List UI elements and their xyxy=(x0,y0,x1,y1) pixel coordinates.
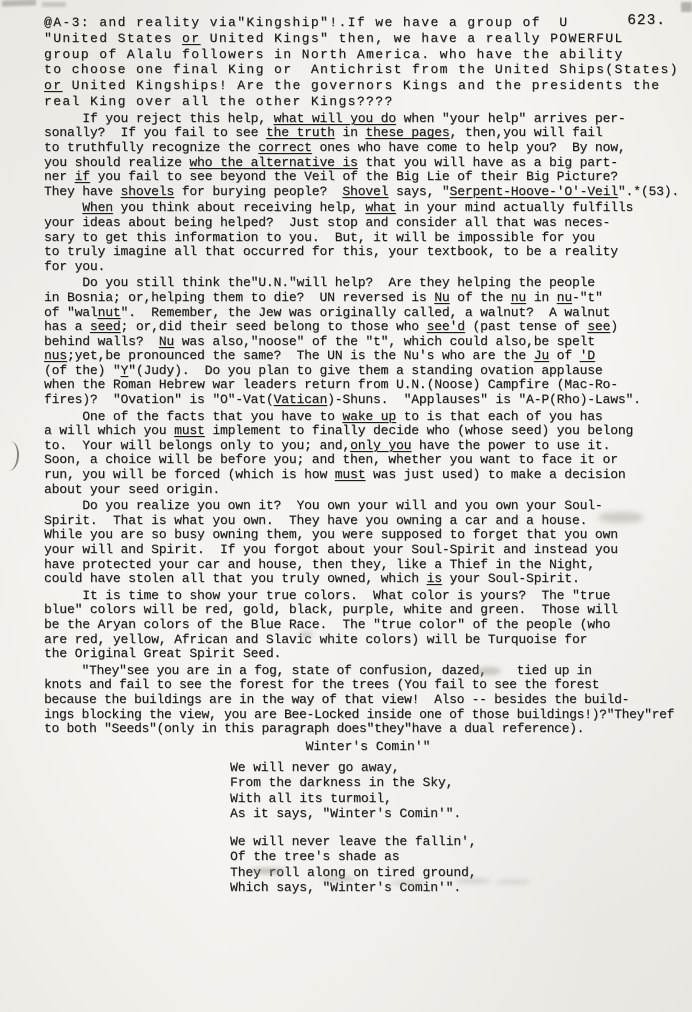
text-run: It is time to show your true colors. Wha… xyxy=(44,588,618,661)
text-run: you think about receiving help, xyxy=(113,200,366,215)
intro-paragraph: @A-3: and reality via"Kingship"!.If we h… xyxy=(44,15,692,110)
underlined-text: these pages xyxy=(365,125,449,140)
underlined-text: Nu xyxy=(159,334,174,349)
underlined-text: what will you do xyxy=(274,111,396,126)
underlined-text: the truth xyxy=(266,125,335,140)
poem-stanza-2: We will never leave the fallin', Of the … xyxy=(44,834,692,896)
paragraph-reject-help: If you reject this help, what will you d… xyxy=(44,112,692,200)
underlined-text: Shovel xyxy=(342,184,388,199)
text-run: We will never leave the fallin', Of the … xyxy=(230,834,476,896)
underlined-text: or xyxy=(44,78,62,93)
pen-mark-left-margin xyxy=(2,440,20,471)
scan-smudge-top-left-2 xyxy=(42,2,66,7)
text-run: United Kingships! Are the governors King… xyxy=(44,78,661,109)
underlined-text: see xyxy=(587,319,610,334)
underlined-text: nu xyxy=(511,290,526,305)
underlined-text: Vatican xyxy=(274,392,328,407)
paragraph-un-walnut: Do you still think the"U.N."will help? A… xyxy=(44,276,692,407)
underlined-text: if xyxy=(75,169,90,184)
underlined-text: who the alternative is xyxy=(189,155,357,170)
underlined-text: wake up xyxy=(342,409,396,424)
underlined-text: seed xyxy=(90,319,121,334)
underlined-text: When xyxy=(82,200,113,215)
text-run xyxy=(44,200,82,215)
underlined-text: nus xyxy=(44,348,67,363)
text-run: for burying people? xyxy=(174,184,342,199)
underlined-text: only you xyxy=(350,438,411,453)
paragraph-true-colors: It is time to show your true colors. Wha… xyxy=(44,589,692,662)
underlined-text: nut xyxy=(98,305,121,320)
underlined-text: what xyxy=(365,200,396,215)
text-run: ;yet,be pronounced the same? The UN is t… xyxy=(67,348,534,363)
underlined-text: 'D xyxy=(580,348,595,363)
scanned-document: { "page": { "number": "623." }, "blocks"… xyxy=(0,0,692,1012)
text-run: ; or,did their seed belong to those who xyxy=(121,319,427,334)
underlined-text: correct xyxy=(258,140,312,155)
underlined-text: nu xyxy=(557,290,572,305)
underlined-text: see'd xyxy=(427,319,465,334)
scan-smudge-top-left xyxy=(2,0,36,7)
underlined-text: Nu xyxy=(434,290,449,305)
text-run: If you reject this help, xyxy=(44,111,274,126)
text-run: Winter's Comin'" xyxy=(306,739,431,754)
paper-background: 623. @A-3: and reality via"Kingship"!.If… xyxy=(0,0,692,1012)
text-run: in xyxy=(335,125,366,140)
text-run: of xyxy=(549,348,580,363)
underlined-text: shovels xyxy=(121,184,175,199)
text-run: of the xyxy=(450,290,511,305)
poem-title: Winter's Comin'" xyxy=(44,739,692,754)
text-run: says, " xyxy=(388,184,449,199)
underlined-text: is xyxy=(427,571,442,586)
paragraph-will-choice: One of the facts that you have to wake u… xyxy=(44,410,692,498)
text-run: )-Shuns. "Applauses" is "A-P(Rho)-Laws". xyxy=(327,392,641,407)
underlined-text: or xyxy=(182,31,200,46)
text-run: ".*(53). xyxy=(618,184,679,199)
paragraph-receiving-help: When you think about receiving help, wha… xyxy=(44,201,692,274)
underlined-text: must xyxy=(174,423,205,438)
text-run: your Soul-Spirit. xyxy=(442,571,580,586)
paragraph-fog: "They"see you are in a fog, state of con… xyxy=(44,664,692,737)
underlined-text: Serpent-Hoove-'O'-Veil xyxy=(450,184,618,199)
scan-smudge-top-right xyxy=(681,2,692,12)
page-text: @A-3: and reality via"Kingship"!.If we h… xyxy=(44,15,692,896)
text-run: (past tense of xyxy=(465,319,587,334)
underlined-text: Ju xyxy=(534,348,549,363)
underlined-text: must xyxy=(335,467,366,482)
text-run: (of the) " xyxy=(44,363,121,378)
paragraph-ownership: Do you realize you own it? You own your … xyxy=(44,499,692,587)
text-run: One of the facts that you have to xyxy=(44,409,342,424)
text-run: We will never go away, From the darkness… xyxy=(230,760,461,822)
text-run: was also,"noose" of the "t", which could… xyxy=(174,334,595,349)
text-run: in xyxy=(526,290,557,305)
poem-stanza-1: We will never go away, From the darkness… xyxy=(44,760,692,822)
text-run: "They"see you are in a fog, state of con… xyxy=(44,663,674,736)
